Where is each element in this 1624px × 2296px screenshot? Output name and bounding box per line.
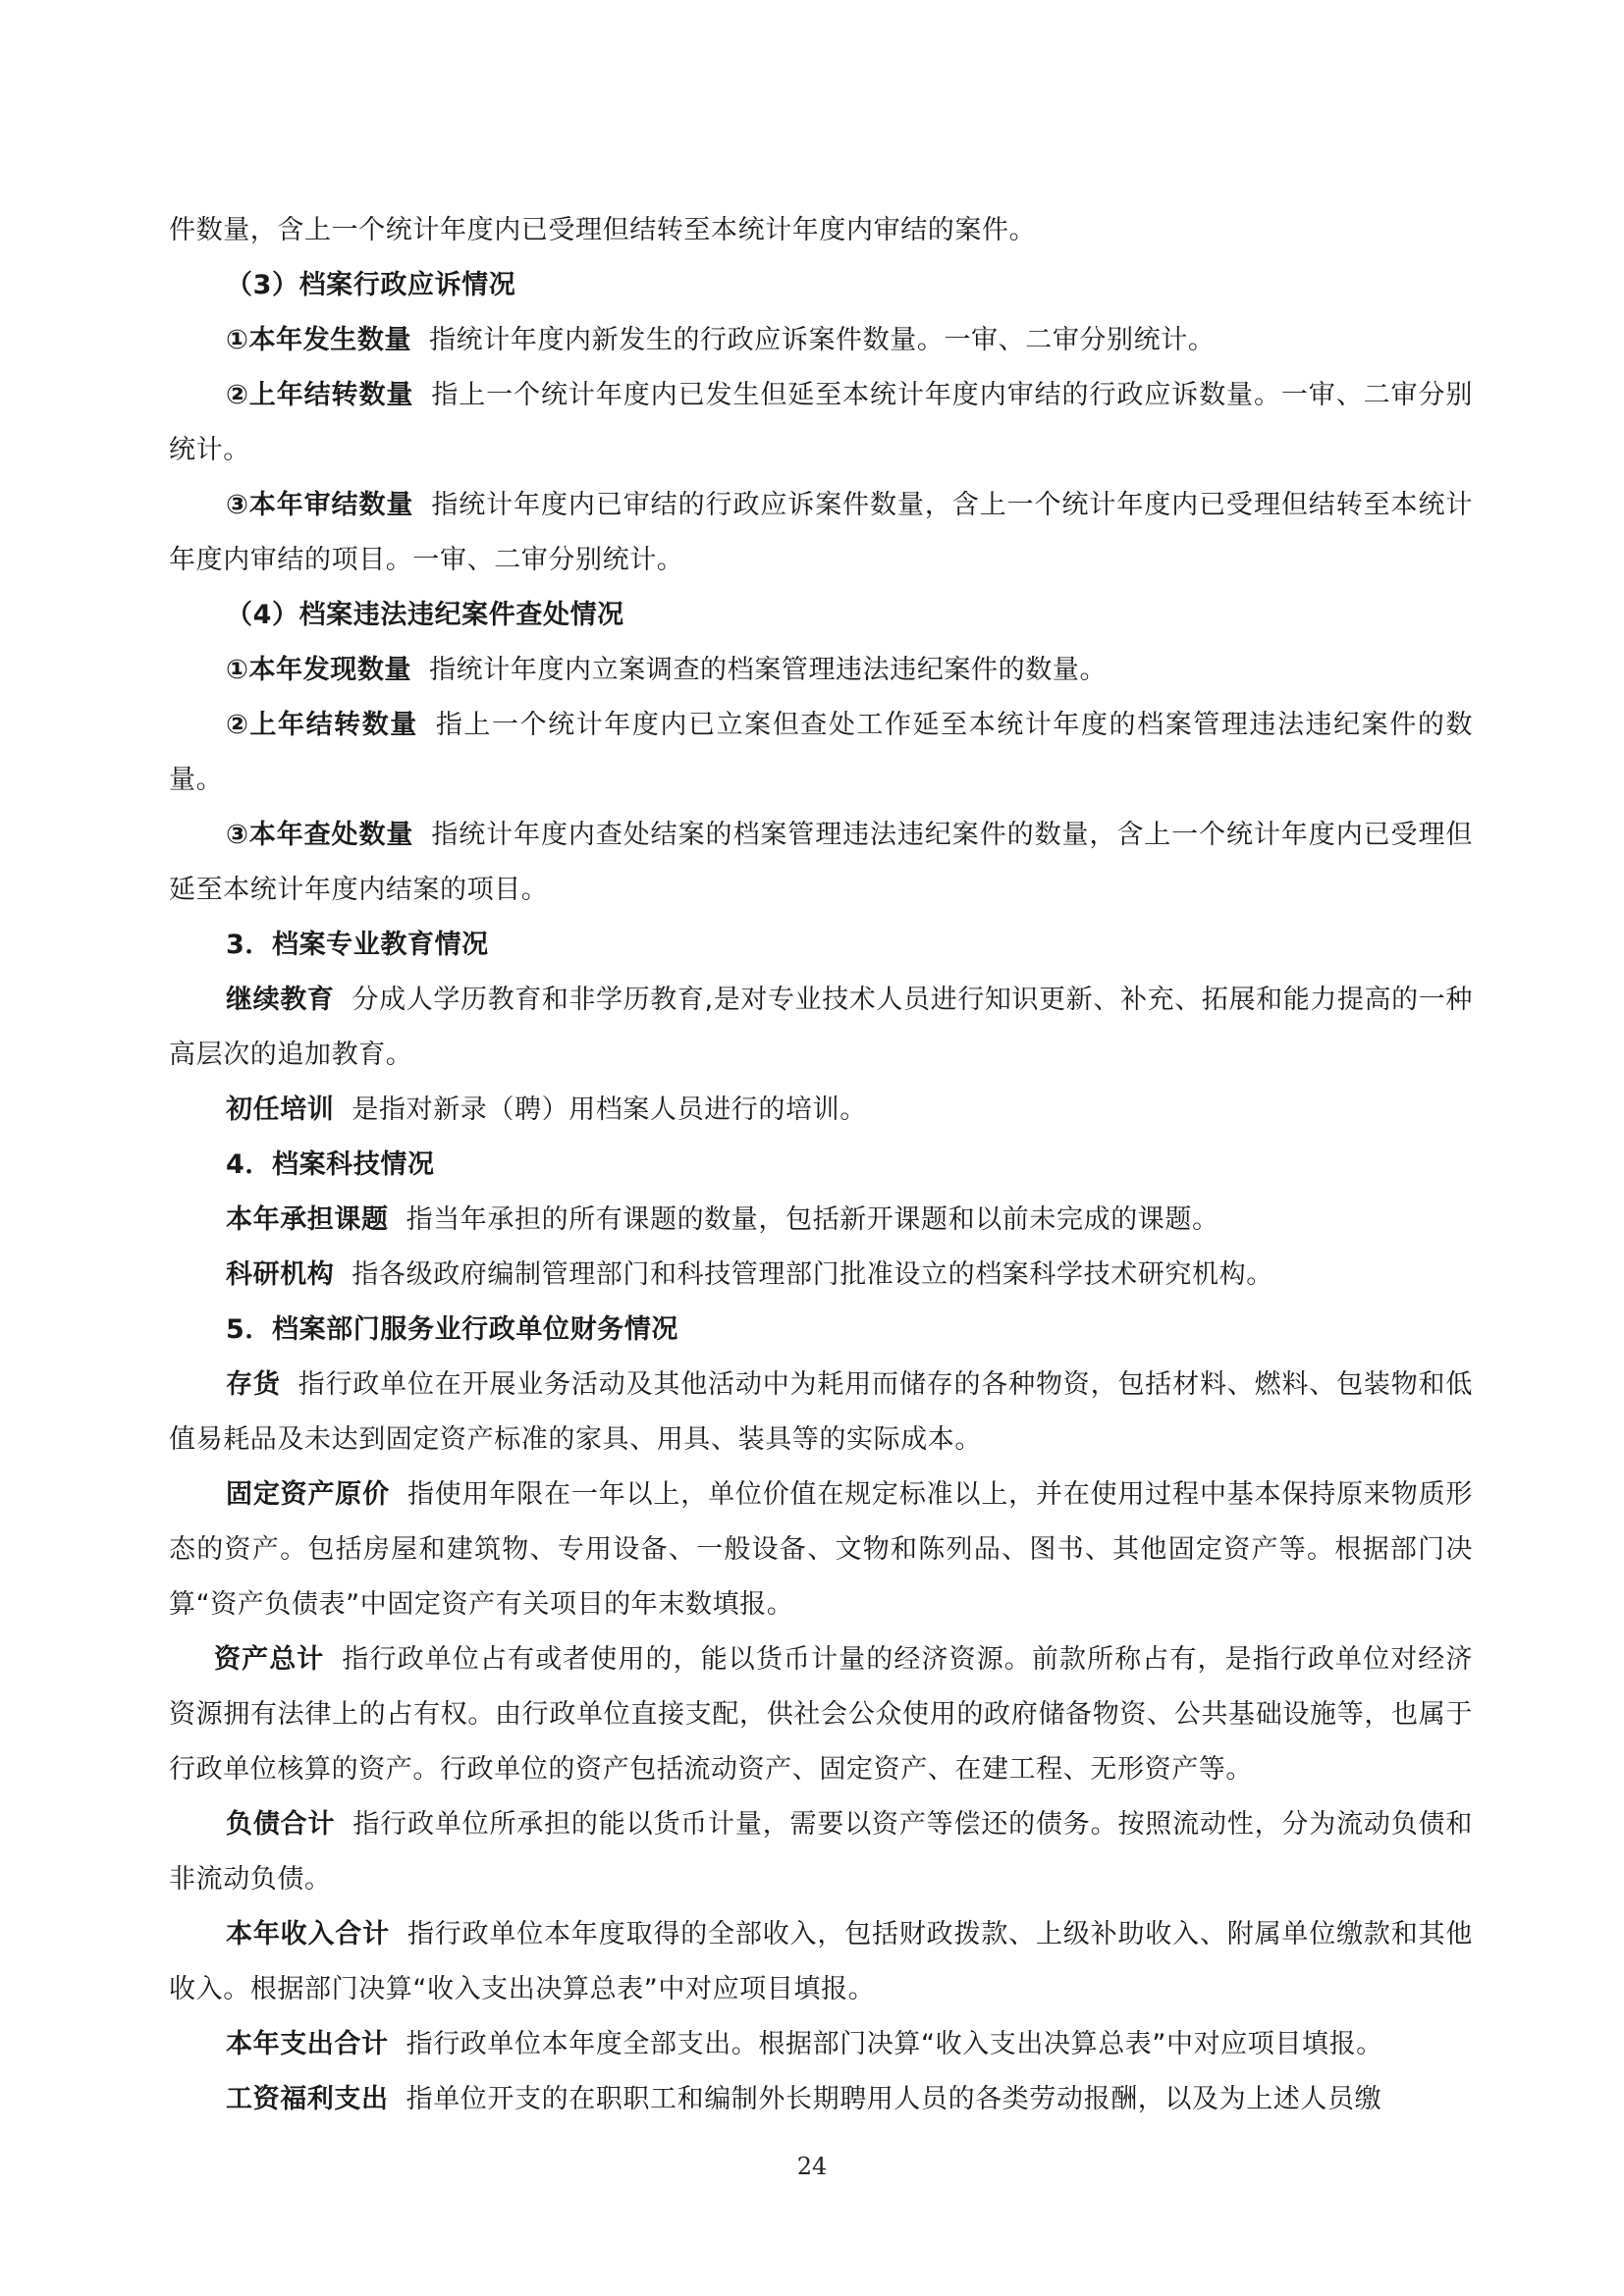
- definition-term: ②上年结转数量: [226, 380, 413, 410]
- definition-item: ①本年发现数量指统计年度内立案调查的档案管理违法违纪案件的数量。: [169, 643, 1473, 698]
- definition-term: ①本年发生数量: [226, 325, 411, 355]
- definition-item: 工资福利支出指单位开支的在职职工和编制外长期聘用人员的各类劳动报酬，以及为上述人…: [169, 2072, 1473, 2127]
- definition-item: 固定资产原价指使用年限在一年以上，单位价值在规定标准以上，并在使用过程中基本保持…: [169, 1468, 1473, 1632]
- definition-term: 本年支出合计: [226, 2029, 389, 2059]
- definition-term: 继续教育: [226, 985, 334, 1015]
- section-heading-violation-cases: （4）档案违法违纪案件查处情况: [169, 588, 1473, 643]
- definition-term: ①本年发现数量: [226, 655, 411, 685]
- definition-term: 科研机构: [226, 1259, 334, 1290]
- definition-term: 本年承担课题: [226, 1204, 389, 1235]
- definition-term: 存货: [226, 1369, 281, 1400]
- definition-item: 本年承担课题指当年承担的所有课题的数量，包括新开课题和以前未完成的课题。: [169, 1193, 1473, 1248]
- definition-term: 本年收入合计: [226, 1919, 390, 1949]
- definition-item: ②上年结转数量指上一个统计年度内已发生但延至本统计年度内审结的行政应诉数量。一审…: [169, 368, 1473, 478]
- definition-item: ②上年结转数量指上一个统计年度内已立案但查处工作延至本统计年度的档案管理违法违纪…: [169, 698, 1473, 808]
- definition-item: ③本年查处数量指统计年度内查处结案的档案管理违法违纪案件的数量，含上一个统计年度…: [169, 808, 1473, 918]
- definition-text: 指当年承担的所有课题的数量，包括新开课题和以前未完成的课题。: [406, 1204, 1219, 1235]
- definition-text: 指行政单位所承担的能以货币计量，需要以资产等偿还的债务。按照流动性，分为流动负债…: [169, 1809, 1473, 1895]
- section-heading-finance: 5．档案部门服务业行政单位财务情况: [169, 1303, 1473, 1358]
- definition-item: 存货指行政单位在开展业务活动及其他活动中为耗用而储存的各种物资，包括材料、燃料、…: [169, 1358, 1473, 1468]
- definition-text: 指统计年度内新发生的行政应诉案件数量。一审、二审分别统计。: [429, 325, 1215, 355]
- definition-text: 指行政单位本年度全部支出。根据部门决算“收入支出决算总表”中对应项目填报。: [406, 2029, 1383, 2059]
- definition-text: 是指对新录（聘）用档案人员进行的培训。: [352, 1095, 866, 1125]
- document-page: 件数量，含上一个统计年度内已受理但结转至本统计年度内审结的案件。 （3）档案行政…: [169, 203, 1473, 2127]
- definition-term: ③本年审结数量: [226, 490, 413, 520]
- definition-term: 资产总计: [214, 1644, 324, 1675]
- definition-item: ①本年发生数量指统计年度内新发生的行政应诉案件数量。一审、二审分别统计。: [169, 313, 1473, 368]
- definition-text: 指统计年度内立案调查的档案管理违法违纪案件的数量。: [429, 655, 1107, 685]
- definition-text: 指各级政府编制管理部门和科技管理部门批准设立的档案科学技术研究机构。: [352, 1259, 1272, 1290]
- definition-term: ②上年结转数量: [226, 710, 418, 740]
- section-heading-administrative-litigation: （3）档案行政应诉情况: [169, 258, 1473, 313]
- definition-text: 指行政单位在开展业务活动及其他活动中为耗用而储存的各种物资，包括材料、燃料、包装…: [169, 1369, 1473, 1455]
- definition-item: 负债合计指行政单位所承担的能以货币计量，需要以资产等偿还的债务。按照流动性，分为…: [169, 1797, 1473, 1907]
- definition-term: 工资福利支出: [226, 2084, 389, 2114]
- definition-term: ③本年查处数量: [226, 820, 413, 850]
- definition-item: ③本年审结数量指统计年度内已审结的行政应诉案件数量，含上一个统计年度内已受理但结…: [169, 478, 1473, 588]
- definition-item: 初任培训是指对新录（聘）用档案人员进行的培训。: [169, 1083, 1473, 1138]
- definition-item: 本年收入合计指行政单位本年度取得的全部收入，包括财政拨款、上级补助收入、附属单位…: [169, 1907, 1473, 2017]
- definition-item: 继续教育分成人学历教育和非学历教育,是对专业技术人员进行知识更新、补充、拓展和能…: [169, 973, 1473, 1083]
- definition-term: 初任培训: [226, 1095, 334, 1125]
- definition-item: 科研机构指各级政府编制管理部门和科技管理部门批准设立的档案科学技术研究机构。: [169, 1248, 1473, 1303]
- definition-text: 指行政单位占有或者使用的，能以货币计量的经济资源。前款所称占有，是指行政单位对经…: [169, 1644, 1473, 1785]
- definition-item: 本年支出合计指行政单位本年度全部支出。根据部门决算“收入支出决算总表”中对应项目…: [169, 2017, 1473, 2072]
- definition-item: 资产总计指行政单位占有或者使用的，能以货币计量的经济资源。前款所称占有，是指行政…: [169, 1632, 1473, 1797]
- section-heading-education: 3．档案专业教育情况: [169, 918, 1473, 973]
- definition-text: 指单位开支的在职职工和编制外长期聘用人员的各类劳动报酬，以及为上述人员缴: [406, 2084, 1382, 2114]
- definition-term: 固定资产原价: [226, 1479, 390, 1510]
- definition-text: 分成人学历教育和非学历教育,是对专业技术人员进行知识更新、补充、拓展和能力提高的…: [169, 985, 1473, 1070]
- page-number: 24: [0, 2153, 1624, 2180]
- definition-term: 负债合计: [226, 1809, 335, 1840]
- continuation-text: 件数量，含上一个统计年度内已受理但结转至本统计年度内审结的案件。: [169, 203, 1473, 258]
- section-heading-technology: 4．档案科技情况: [169, 1138, 1473, 1193]
